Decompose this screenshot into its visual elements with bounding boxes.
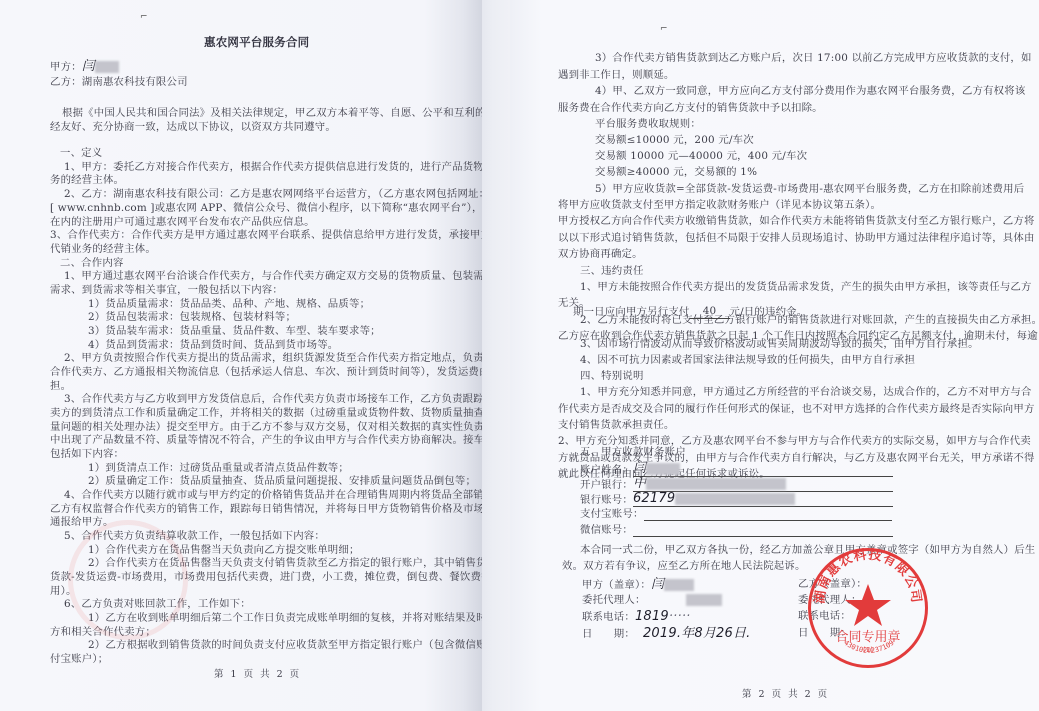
party-a-agent-row: 委托代理人： <box>582 594 722 607</box>
star-icon <box>845 584 891 626</box>
redacted-block <box>664 579 694 591</box>
body-line: 务的经营主体。 <box>50 174 124 187</box>
account-name-row: 账户姓名：闫 <box>580 462 893 477</box>
redacted-block <box>686 594 722 606</box>
party-a-line: 甲方：闫 <box>50 60 119 74</box>
body-line: 交易额≥40000 元，交易额的 1% <box>595 166 757 179</box>
stamp-bleed-through <box>68 520 188 640</box>
body-line: 合作代卖方、乙方通报相关物流信息（包括承运人信息、车次、预计到货时间等），发货运… <box>50 366 482 379</box>
party-a-date-value: 2019.年8月26日. <box>643 626 751 641</box>
body-line: 服务费在合作代卖方向乙方支付的销售货款中予以扣除。 <box>558 102 823 115</box>
page-gutter <box>482 0 510 711</box>
body-line: 交易额≤10000 元，200 元/车次 <box>595 134 754 147</box>
account-number-value: 62179 <box>633 491 675 506</box>
account-number-row: 银行账号：62179 <box>580 492 893 507</box>
wechat-row: 微信账号： <box>580 524 893 537</box>
wechat-value <box>633 536 893 537</box>
redacted-block <box>95 61 119 73</box>
bank-row: 开户银行：中 <box>580 477 893 492</box>
body-line: 1、甲方通过惠农网平台洽谈合作代卖方，与合作代卖方确定双方交易的货物质量、包装需… <box>64 270 482 283</box>
page-2-footer: 第 2 页 共 2 页 <box>742 686 829 700</box>
body-line: 需求、到货需求等相关事宜，一般包括以下内容： <box>50 284 283 297</box>
party-b-line: 乙方：湖南惠农科技有限公司 <box>50 76 188 89</box>
party-a-phone-value: 1819 <box>635 609 669 624</box>
party-a-phone-row: 联系电话：1819····· <box>582 610 691 624</box>
body-line: 以以下形式追讨销售货款，包括但不局限于安排人员现场追讨、协助甲方通过法律程序追讨… <box>558 232 1035 245</box>
body-line: 甲方授权乙方向合作代卖方收缴销售货款，如合作代卖方未能将销售货款支付至乙方银行账… <box>558 215 1035 228</box>
body-line: 1）到货清点工作：过磅货品重量或者清点货品件数等； <box>88 462 349 475</box>
alipay-row: 支付宝账号： <box>580 508 892 521</box>
body-line: 担。 <box>50 380 71 393</box>
body-line: 双方协商再确定。 <box>558 248 643 261</box>
alipay-value <box>644 520 892 521</box>
body-line: 遇到非工作日，则顺延。 <box>558 69 675 82</box>
body-line: 包括如下内容： <box>50 448 124 461</box>
body-line: 3、合作代卖方：合作代卖方是甲方通过惠农网平台联系、提供信息给甲方进行发货，承接… <box>50 229 482 242</box>
redacted-block <box>675 493 795 505</box>
body-line: 根据《中国人民共和国合同法》及相关法律规定，甲乙双方本着平等、自愿、公平和互利的… <box>62 107 482 120</box>
body-line: 经友好、充分协商一致，达成以下协议，以资双方共同遵守。 <box>50 121 336 134</box>
redacted-block <box>646 478 786 490</box>
body-line: 3）合作代卖方销售货款到达乙方账户后，次日 17:00 以前乙方完成甲方应收货款… <box>595 52 1032 65</box>
page-2: ⌐ 3）合作代卖方销售货款到达乙方账户后，次日 17:00 以前乙方完成甲方应收… <box>510 0 1039 711</box>
body-line: 3、合作代卖方与乙方收到甲方发货信息后，合作代卖方负责市场接车工作，乙方负责跟踪… <box>64 393 482 406</box>
body-line: [ www.cnhnb.com ]或惠农网 APP、微信公众号、微信小程序，以下… <box>50 202 482 215</box>
page-1-footer: 第 1 页 共 2 页 <box>214 666 301 680</box>
body-line: 4、因不可抗力因素或者国家法律法规导致的任何损失，由甲方自行承担 <box>580 354 915 367</box>
body-line: 乙方有权监督合作代卖方的销售工作，跟踪每日销售情况，并将每日甲方货物销售价格及市… <box>50 503 482 516</box>
scan-mark: ⌐ <box>660 24 668 34</box>
body-line: 2）乙方根据收到销售货款的时间负责支付应收货款至甲方指定银行账户（包含微信账户、… <box>88 639 482 652</box>
body-line: 支付销售货款承担责任。 <box>558 419 675 432</box>
body-line: 三、违约责任 <box>580 265 644 278</box>
body-line: 2）质量确定工作：货品质量抽查、货品质量问题提报、安排质量问题货品倒包等； <box>88 475 476 488</box>
page-1: ⌐ 惠农网平台服务合同 甲方：闫 乙方：湖南惠农科技有限公司 根据《中国人民共和… <box>0 0 482 711</box>
party-a-date-row: 日 期：2019.年8月26日. <box>582 627 751 641</box>
body-line: 作代卖方是否成交及合同的履行作任何形式的保证，也不对甲方选择的合作代卖方最终是否… <box>558 403 1035 416</box>
body-line: 4）甲、乙双方一致同意，甲方应向乙方支付部分费用作为惠农网平台服务费，乙方有权将… <box>595 85 1025 98</box>
body-line: 3、因市场行情波动从而导致价格波动或售卖周期波动导致的损失，由甲方自行承担。 <box>580 338 979 351</box>
body-line: 1、甲方未能按照合作代卖方提出的发货货品需求发货，产生的损失由甲方承担，该等责任… <box>580 281 1032 294</box>
scan-mark: ⌐ <box>140 12 148 22</box>
body-line: 代销业务的经营主体。 <box>50 243 156 256</box>
body-line: 中出现了产品数量不符、质量等情况不符合，产生的争议由甲方与合作代卖方协商解决。接… <box>50 434 482 447</box>
penalty-clause: 期一日应向甲方另行支付40元/日的违约金。 <box>573 305 807 319</box>
body-line: 在内的注册用户可通过惠农网平台发布农产品供应信息。 <box>50 216 315 229</box>
body-line: 1、甲方：委托乙方对接合作代卖方，根据合作代卖方提供信息进行发货的，进行产品货物… <box>64 161 482 174</box>
party-a-seal-row: 甲方（盖章）：闫 <box>582 578 694 592</box>
body-line: 四、特别说明 <box>580 370 644 383</box>
body-line: 一、定义 <box>60 147 102 160</box>
body-line: 2、甲方负责按照合作代卖方提出的货品需求，组织货源发货至合作代卖方指定地点，负责… <box>64 352 482 365</box>
company-seal: 湖南惠农科技有限公司 合同专用章 (1) 4301020237109 <box>808 548 928 668</box>
bank-value: 中 <box>633 476 646 491</box>
seal-graphic: 湖南惠农科技有限公司 合同专用章 (1) 4301020237109 <box>808 548 928 668</box>
body-line: 1、甲方充分知悉并同意，甲方通过乙方所经营的平台洽谈交易，达成合作的，乙方不对甲… <box>580 386 1032 399</box>
body-line: 5）甲方应收货款=全部货款-发货运费-市场费用-惠农网平台服务费，乙方在扣除前述… <box>595 183 1024 196</box>
body-line: 量问题的相关处理办法）提交至甲方。由于乙方不参与双方交易，仅对相关数据的真实性负… <box>50 421 482 434</box>
body-line: 4、合作代卖方以随行就市或与甲方约定的价格销售货品并在合理销售周期内将货品全部销… <box>64 489 482 502</box>
body-line: 2、乙方：湖南惠农科技有限公司：乙方是惠农网网络平台运营方，（乙方惠农网包括网址… <box>64 188 482 201</box>
body-line: 1）货品质量需求：货品品类、品种、产地、规格、品质等； <box>88 298 370 311</box>
body-line: 3）货品装车需求：货品重量、货品件数、车型、装车要求等； <box>88 325 381 338</box>
body-line: 二、合作内容 <box>60 257 124 270</box>
body-line: 4）货品到货需求：货品到货时间、货品到货市场等。 <box>88 339 338 352</box>
body-line: 平台服务费收取规则： <box>595 118 701 131</box>
body-line: 交易额 10000 元—40000 元，400 元/车次 <box>595 150 807 163</box>
body-line: 2）货品包装需求：包装规格、包装材料等； <box>88 311 296 324</box>
body-line: 将甲方应收货款支付至甲方指定收款财务账户（详见本协议第五条）。 <box>558 199 881 212</box>
body-line: 五、甲方收款财务账户 <box>580 446 686 459</box>
redacted-block <box>646 463 680 475</box>
party-a-signature: 闫 <box>82 59 95 74</box>
penalty-amount: 40 <box>690 305 730 319</box>
body-line: 付宝账户）； <box>50 653 108 666</box>
closing-line-2: 效。双方若有争议，应至乙方所在地人民法院起诉。 <box>562 560 806 573</box>
document-title: 惠农网平台服务合同 <box>204 36 309 49</box>
body-line: 卖方的到货清点工作和质量确定工作，并将相关的数据（过磅重量或货物件数、货物质量抽… <box>50 407 482 420</box>
account-name-value: 闫 <box>633 461 646 476</box>
